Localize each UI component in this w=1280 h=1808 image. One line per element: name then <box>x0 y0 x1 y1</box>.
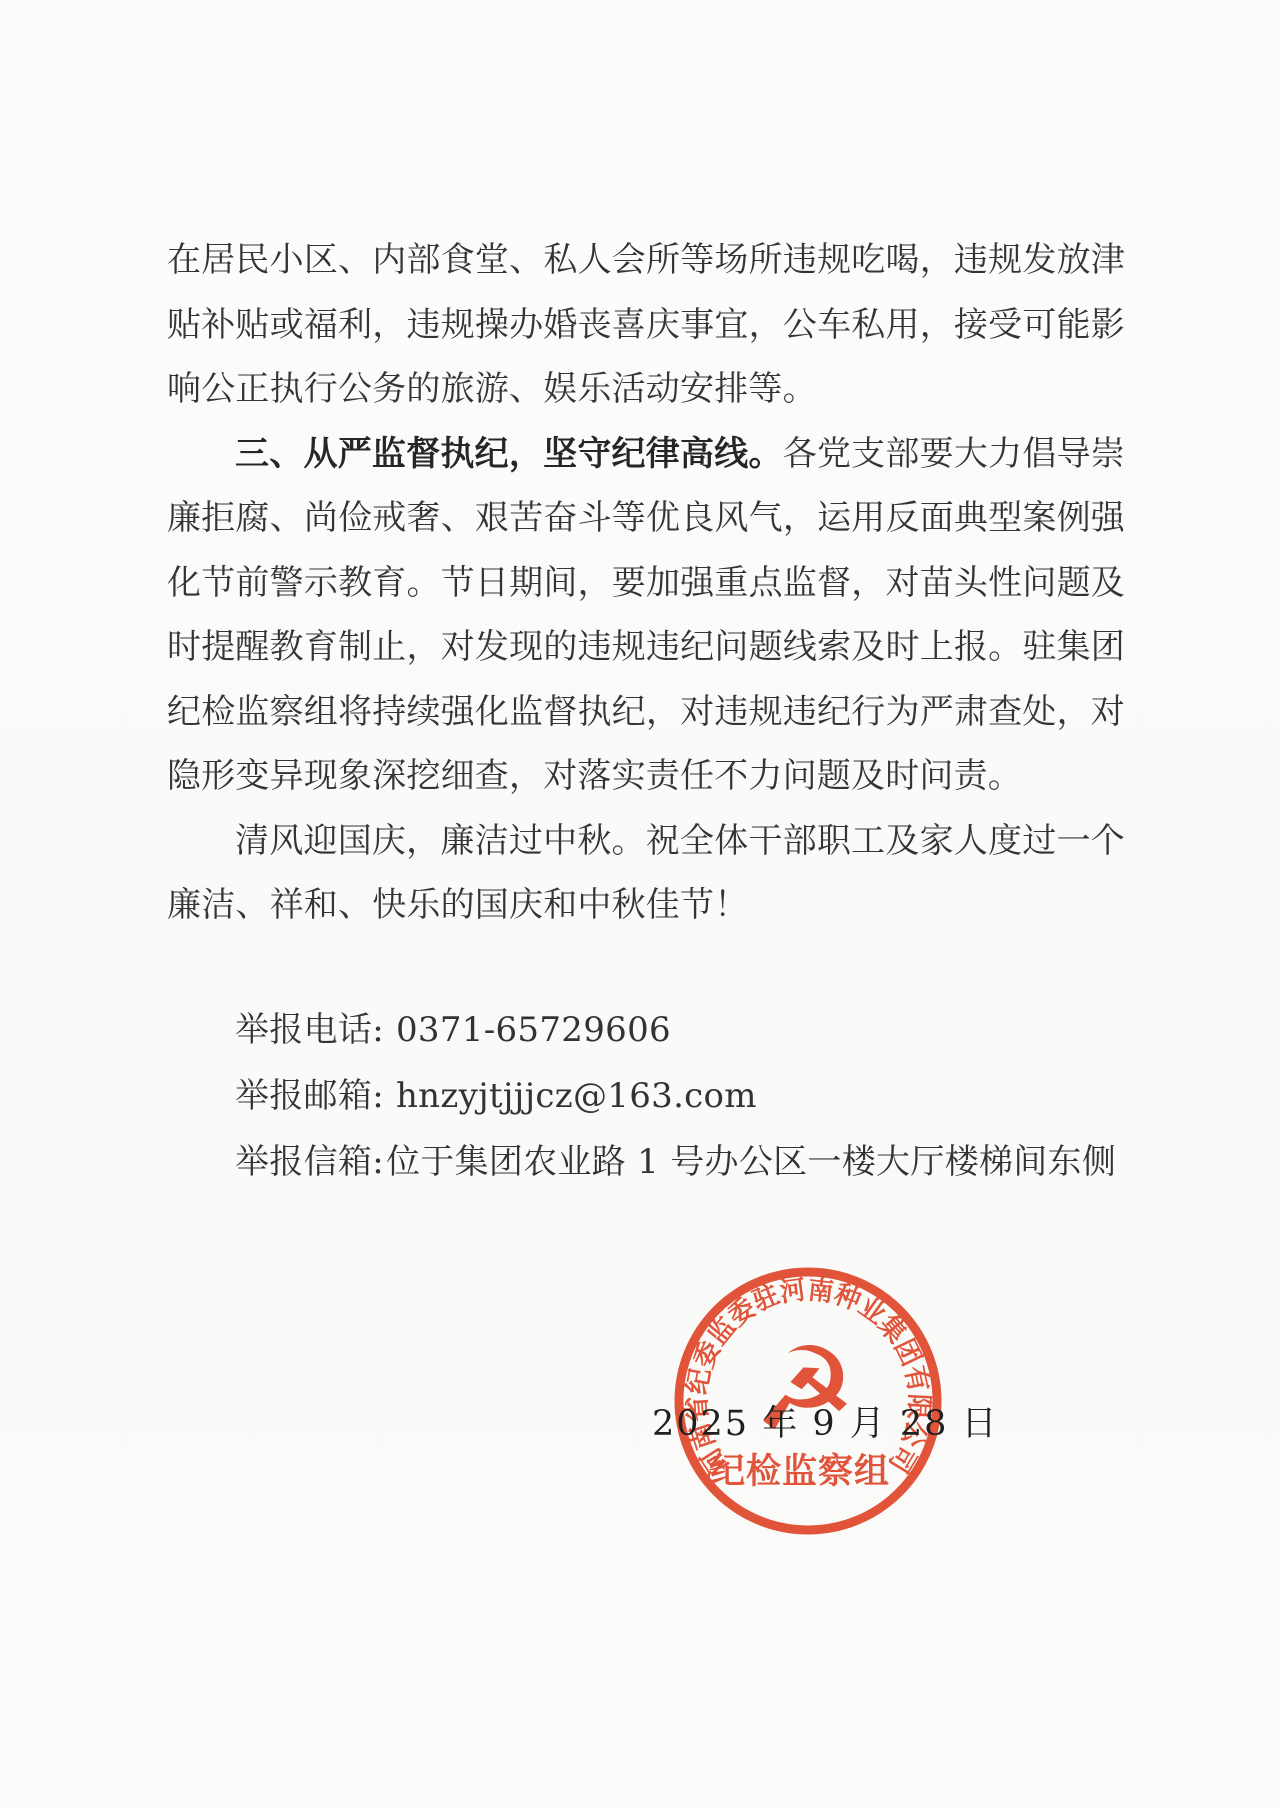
report-email-label: 举报邮箱: <box>235 1076 384 1116</box>
body-line: 化节前警示教育。节日期间，要加强重点监督，对苗头性问题及 <box>167 551 1125 616</box>
report-phone-line: 举报电话:0371-65729606 <box>167 997 1167 1063</box>
body-line: 时提醒教育制止，对发现的违规违纪问题线索及时上报。驻集团 <box>167 615 1125 680</box>
body-line: 在居民小区、内部食堂、私人会所等场所违规吃喝，违规发放津 <box>167 228 1125 293</box>
body-line: 响公正执行公务的旅游、娱乐活动安排等。 <box>167 357 1125 422</box>
seal-bottom-text: 纪检监察组 <box>710 1452 890 1492</box>
body-line: 清风迎国庆，廉洁过中秋。祝全体干部职工及家人度过一个 <box>167 809 1125 874</box>
section-heading: 三、从严监督执纪，坚守纪律高线。 <box>235 434 783 474</box>
report-mailbox-label: 举报信箱: <box>235 1142 384 1182</box>
body-line: 廉洁、祥和、快乐的国庆和中秋佳节！ <box>167 873 1125 938</box>
document-body: 在居民小区、内部食堂、私人会所等场所违规吃喝，违规发放津 贴补贴或福利，违规操办… <box>167 228 1125 938</box>
body-line-heading: 三、从严监督执纪，坚守纪律高线。各党支部要大力倡导崇 <box>167 422 1125 487</box>
report-phone-label: 举报电话: <box>235 1010 384 1050</box>
report-mailbox-line: 举报信箱:位于集团农业路 1 号办公区一楼大厅楼梯间东侧 <box>167 1129 1167 1195</box>
report-mailbox-location: 位于集团农业路 1 号办公区一楼大厅楼梯间东侧 <box>384 1142 1116 1182</box>
report-email-line: 举报邮箱:hnzyjtjjjcz@163.com <box>167 1063 1167 1129</box>
document-page: 在居民小区、内部食堂、私人会所等场所违规吃喝，违规发放津 贴补贴或福利，违规操办… <box>0 0 1280 1808</box>
date-stamp: 2025 年 9 月 28 日 <box>652 1396 999 1446</box>
body-line: 纪检监察组将持续强化监督执纪，对违规违纪行为严肃查处，对 <box>167 680 1125 745</box>
report-email-address: hnzyjtjjjcz@163.com <box>384 1076 757 1116</box>
heading-continuation: 各党支部要大力倡导崇 <box>783 434 1125 474</box>
report-phone-number: 0371-65729606 <box>384 1010 671 1050</box>
body-line: 隐形变异现象深挖细查，对落实责任不力问题及时问责。 <box>167 744 1125 809</box>
body-line: 廉拒腐、尚俭戒奢、艰苦奋斗等优良风气，运用反面典型案例强 <box>167 486 1125 551</box>
body-line: 贴补贴或福利，违规操办婚丧喜庆事宜，公车私用，接受可能影 <box>167 293 1125 358</box>
report-contact-block: 举报电话:0371-65729606 举报邮箱:hnzyjtjjjcz@163.… <box>167 997 1167 1195</box>
